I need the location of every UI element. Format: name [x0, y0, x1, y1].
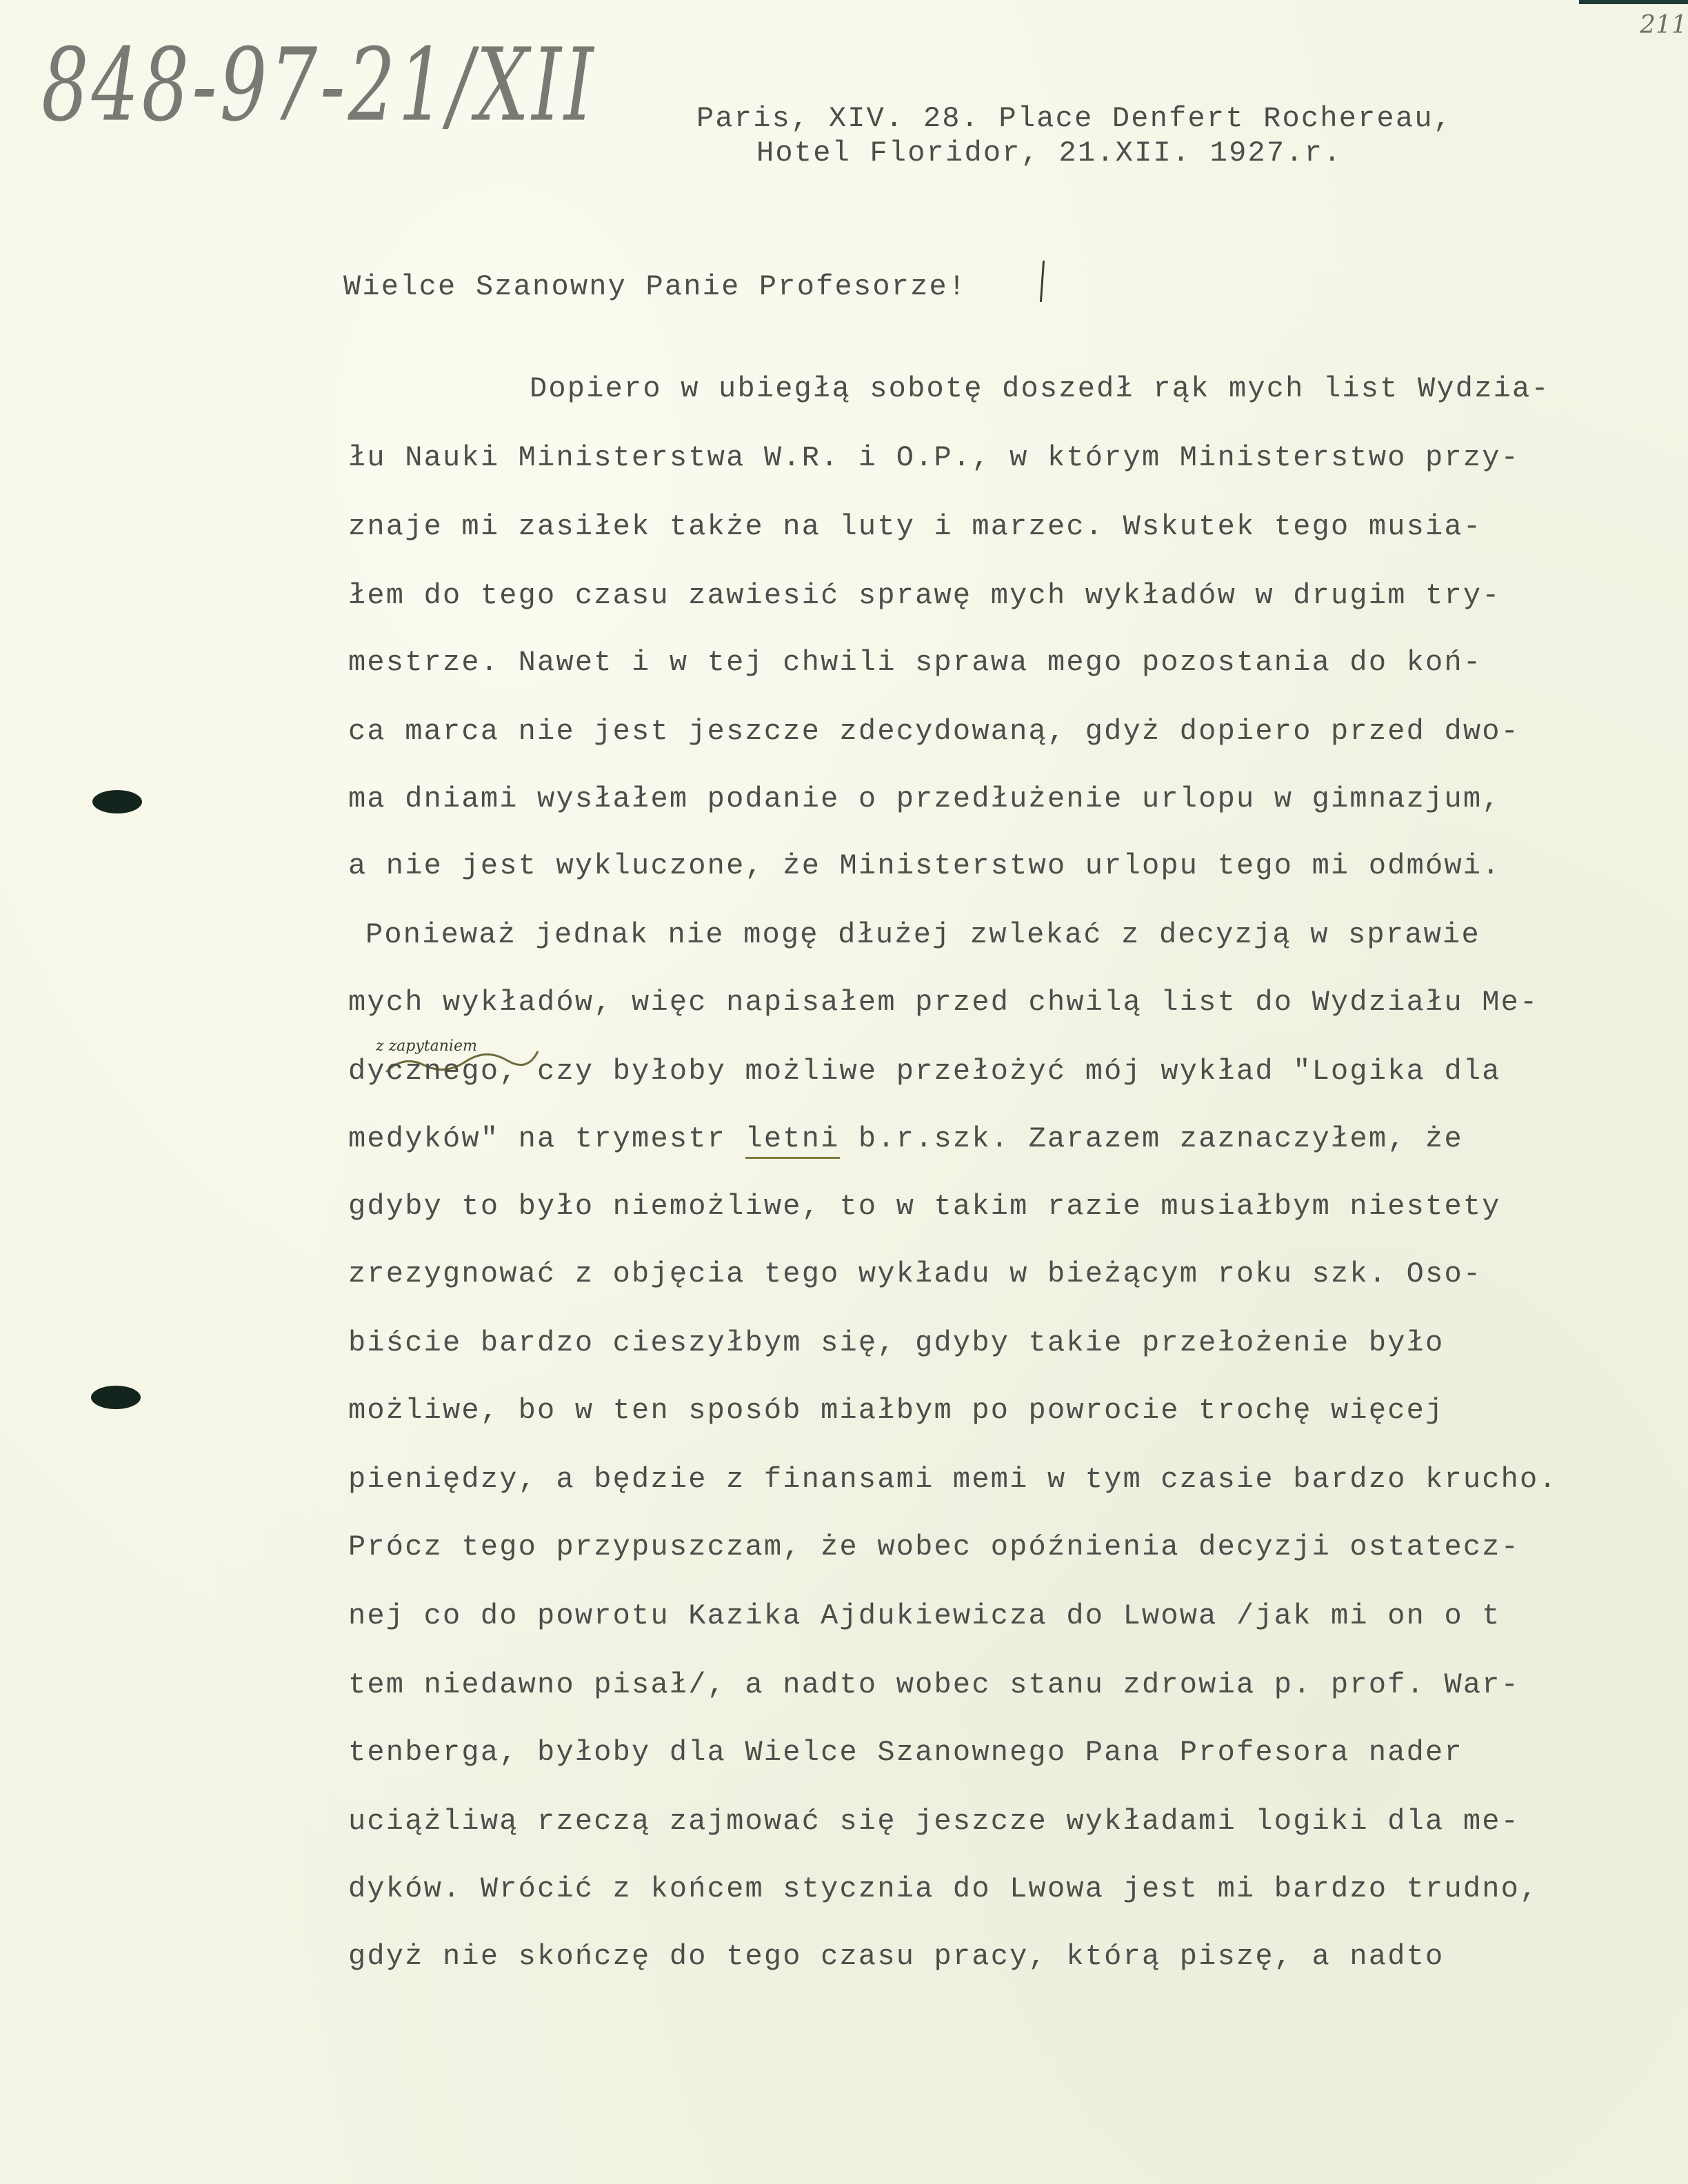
body-line: ma dniami wysłałem podanie o przedłużeni… [348, 781, 1501, 817]
scan-edge [1579, 0, 1688, 4]
text-segment: b.r.szk. Zarazem zaznaczyłem, że [840, 1122, 1463, 1155]
text-segment: medyków" na trymestr [348, 1122, 745, 1155]
header-address-line: Paris, XIV. 28. Place Denfert Rochereau, [696, 101, 1452, 136]
body-line: Prócz tego przypuszczam, że wobec opóźni… [348, 1529, 1520, 1565]
archive-number-annotation: 848-97-21/XII [41, 28, 596, 144]
header-date-line: Hotel Floridor, 21.XII. 1927.r. [756, 135, 1343, 171]
body-line: mych wykładów, więc napisałem przed chwi… [348, 984, 1538, 1020]
body-line: Dopiero w ubiegłą sobotę doszedł rąk myc… [530, 371, 1550, 407]
body-line: Ponieważ jednak nie mogę dłużej zwlekać … [365, 917, 1480, 953]
page-number: 211 [1640, 11, 1687, 39]
body-line: uciążliwą rzeczą zajmować się jeszcze wy… [348, 1803, 1520, 1839]
body-line: mestrze. Nawet i w tej chwili sprawa meg… [348, 645, 1482, 680]
body-line: a nie jest wykluczone, że Ministerstwo u… [348, 848, 1501, 884]
underlined-word: letni [745, 1122, 840, 1159]
body-line: tem niedawno pisał/, a nadto wobec stanu… [348, 1667, 1520, 1703]
punch-hole-bottom [91, 1386, 141, 1409]
salutation: Wielce Szanowny Panie Profesorze! [343, 269, 967, 305]
body-line: znaje mi zasiłek także na luty i marzec.… [348, 509, 1482, 545]
salutation-pen-stroke [1040, 261, 1045, 302]
body-line: zrezygnować z objęcia tego wykładu w bie… [348, 1256, 1482, 1292]
body-line: gdyby to było niemożliwe, to w takim raz… [348, 1189, 1501, 1224]
punch-hole-top [92, 790, 142, 813]
body-line: ca marca nie jest jeszcze zdecydowaną, g… [348, 714, 1520, 749]
body-line: tenberga, byłoby dla Wielce Szanownego P… [348, 1735, 1463, 1770]
body-line: nej co do powrotu Kazika Ajdukiewicza do… [348, 1598, 1501, 1634]
body-line: biście bardzo cieszyłbym się, gdyby taki… [348, 1325, 1444, 1361]
body-line: gdyż nie skończę do tego czasu pracy, kt… [348, 1939, 1444, 1974]
body-line: możliwe, bo w ten sposób miałbym po powr… [348, 1393, 1444, 1428]
body-line: łem do tego czasu zawiesić sprawę mych w… [348, 578, 1501, 614]
body-line-with-underline: medyków" na trymestr letni b.r.szk. Zara… [348, 1121, 1463, 1157]
body-line: dycznego, czy byłoby możliwe przełożyć m… [348, 1053, 1501, 1089]
body-line: pieniędzy, a będzie z finansami memi w t… [348, 1462, 1558, 1497]
body-line: dyków. Wrócić z końcem stycznia do Lwowa… [348, 1871, 1538, 1907]
body-line: łu Nauki Ministerstwa W.R. i O.P., w któ… [348, 440, 1520, 476]
